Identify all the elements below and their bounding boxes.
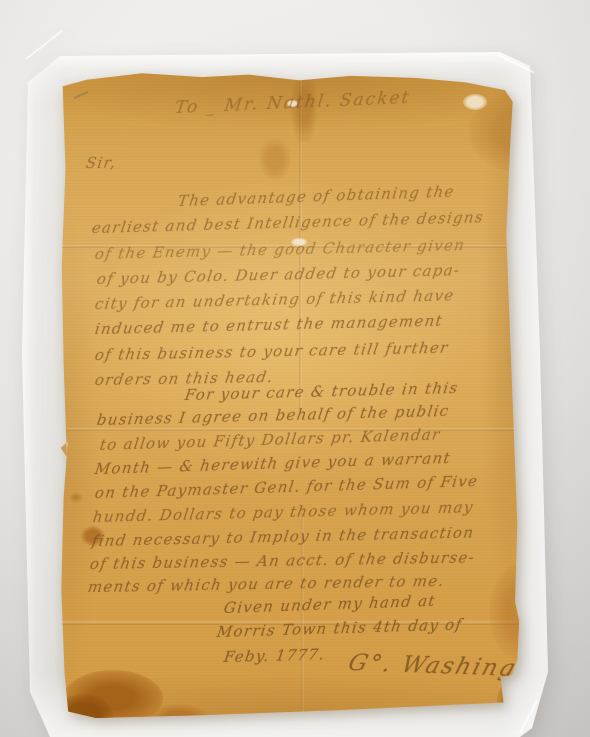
letter-line: hundd. Dollars to pay those whom you may <box>92 498 475 526</box>
letter-line: city for an undertaking of this kind hav… <box>94 286 456 313</box>
letter-closing-line: Morris Town this 4th day of <box>216 615 464 641</box>
pencil-mark <box>73 91 88 100</box>
letter-paper: To _ Mr. Nathl. Sacket Sir, The advantag… <box>59 72 521 718</box>
letter-line: on the Paymaster Genl. for the Sum of Fi… <box>94 472 480 502</box>
letter-closing-line: Feby. 1777. <box>223 645 327 666</box>
letter-line: induced me to entrust the management <box>94 311 445 338</box>
letter-heading: To _ Mr. Nathl. Sacket <box>174 88 412 118</box>
damage-white-spot-top-right <box>463 94 487 110</box>
letter-line: business I agree on behalf of the public <box>96 402 451 429</box>
letter-closing-line: Given under my hand at <box>223 592 437 617</box>
letter-line: of this business — An acct. of the disbu… <box>89 548 477 573</box>
letter-salutation: Sir, <box>85 153 118 172</box>
letter-document: To _ Mr. Nathl. Sacket Sir, The advantag… <box>59 72 521 718</box>
stain-blotch-upper <box>259 138 291 180</box>
letter-line: of the Enemy — the good Character given <box>94 236 467 263</box>
letter-line: find necessary to Imploy in the transact… <box>91 523 476 550</box>
letter-line: The advantage of obtaining the <box>177 182 456 210</box>
letter-line: earliest and best Intelligence of the de… <box>91 208 486 237</box>
stain-bottom-left <box>63 670 163 726</box>
letter-line: of this business to your care till furth… <box>94 339 450 364</box>
letter-line: of you by Colo. Duer added to your capa- <box>96 261 462 288</box>
stain-left-spot <box>69 492 83 503</box>
